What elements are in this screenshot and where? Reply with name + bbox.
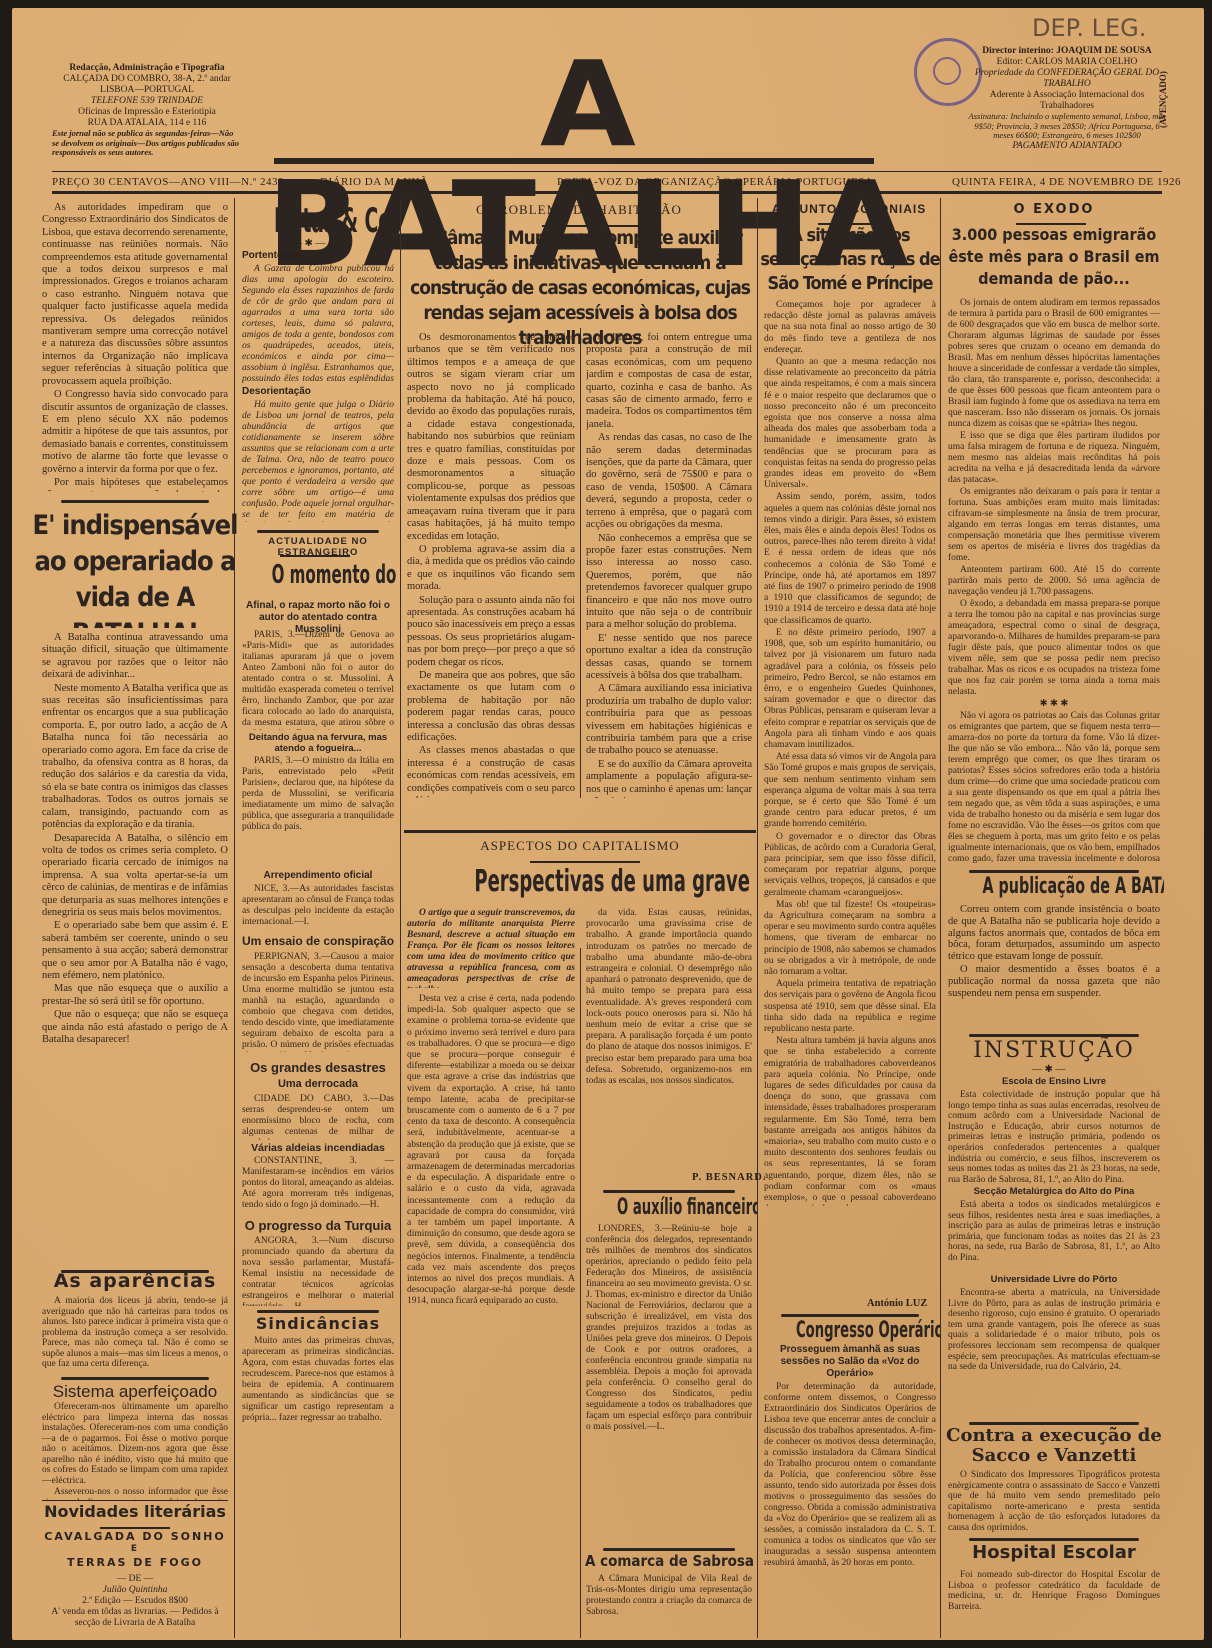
subhead-derrocada: Uma derrocada [240, 1078, 396, 1090]
nice-dispatch: NICE, 3.—As autoridades fascistas aprese… [242, 884, 394, 930]
editorial-address-label: Redacção, Administração e Tipografia [52, 63, 242, 74]
paragraph: A maioria dos liceus já abriu, tendo-se … [42, 1296, 228, 1370]
headline-indispensavel: E' indispensável ao operariado a vida de… [32, 508, 238, 628]
paragraph: CONSTANTINE, 3. — Manifestaram-se incênd… [242, 1156, 394, 1211]
ownership-line: Propriedade da CONFEDERAÇÃO GERAL DO TRA… [967, 68, 1167, 90]
by-label: — DE — [40, 1574, 230, 1585]
paragraph: Não conhecemos a emprêsa que se propõe f… [586, 533, 752, 632]
divider [42, 1500, 228, 1501]
publicacao-headline: A publicação de A BATALHA [983, 872, 1126, 902]
paragraph: Há muito gente que julga o Diário de Lis… [242, 400, 394, 522]
paragraph: As classes menos abastadas o que interes… [407, 745, 575, 798]
congresso-deck: Prosseguem àmanhã as suas sessões no Sal… [760, 1344, 940, 1380]
paragraph: Asseverou-nos o nosso informador que êss… [42, 1487, 228, 1500]
paragraph: O êxodo, a debandada em massa prepara-se… [948, 599, 1160, 698]
paragraph: Por determinação da autoridade, conforme… [764, 1382, 936, 1569]
ornament-divider [42, 496, 228, 507]
daily-subtitle: DIÁRIO DA MANHÃ [320, 176, 428, 188]
masthead-right-info: Director interino: JOAQUIM DE SOUSA Edit… [967, 46, 1167, 152]
price-issue-line: PREÇO 30 CENTAVOS—ANO VIII—N.º 2432 [52, 176, 284, 188]
book-title: CAVALGADA DO SONHO [40, 1530, 230, 1543]
newspaper-page: Redacção, Administração e Tipografia CAL… [12, 8, 1204, 1640]
aparencias-headline: As aparências [40, 1270, 230, 1292]
paragraph: Até essa data só vimos vir de Angola par… [764, 752, 936, 830]
title-underline [274, 158, 874, 164]
metalurgica-body: Está aberta a todos os sindicados metalú… [948, 1200, 1160, 1272]
publication-notice: Este jornal não se publica às segundas-f… [52, 129, 242, 158]
signature-besnard: P. BESNARD. [692, 1172, 767, 1183]
capitalismo-headline-box: Perspectivas de uma grave crise económic… [404, 862, 756, 902]
portentosos-body: A Gazeta de Coimbra publicou há dias uma… [242, 264, 394, 384]
subscription-rates: Assinatura: Incluindo o suplemento seman… [967, 112, 1167, 141]
paragraph: A Gazeta de Coimbra publicou há dias uma… [242, 264, 394, 384]
workshop-label: Oficinas de Impressão e Esteriotipia [52, 107, 242, 118]
paragraph: Muito antes das primeiras chuvas, aparec… [242, 1336, 394, 1424]
paragraph: LONDRES, 3.—Reüniu-se hoje a conferência… [586, 1224, 752, 1433]
subhead-metalurgica: Secção Metalúrgica do Alto do Pina [944, 1186, 1164, 1197]
perpignan-dispatch: PERPIGNAN, 3.—Causou a maior sensação a … [242, 952, 394, 1052]
paris-dispatch-2: PARIS, 3.—O ministro da Itália em Paris,… [242, 756, 394, 866]
paragraph: Anteontem partiram 600. Até 15 do corren… [948, 565, 1160, 598]
paragraph: Os desmoronamentos de prédios urbanos qu… [407, 332, 575, 543]
subhead-portentosos: Portentosos [242, 250, 300, 261]
subhead-universidade: Universidade Livre do Pôrto [944, 1274, 1164, 1285]
paragraph: da vida. Estas causas, reünidas, provoca… [586, 908, 752, 1087]
habitacao-body-right: de Lisboa, foi ontem entregue uma propos… [586, 332, 752, 798]
congresso-headline: Congresso Operário de Lisboa [796, 1318, 904, 1344]
author: Julião Quintinha [40, 1585, 230, 1596]
sacco-headline: Contra a execução de Sacco e Vanzetti [944, 1426, 1164, 1466]
short-rule [100, 1527, 170, 1529]
lead-editorial: As autoridades impediram que o Congresso… [42, 202, 228, 492]
article-indispensavel-body: A Batalha continua atravessando uma situ… [42, 632, 228, 1144]
price: 2.ª Edição — Escudos 8$00 [40, 1596, 230, 1607]
paragraph: PARIS, 3.—Dizem de Genova ao «Paris-Midi… [242, 630, 394, 730]
paragraph: Correu ontem com grande insistência o bo… [948, 904, 1160, 963]
masthead-rule-bottom [52, 191, 1162, 194]
masthead-rule-top [52, 171, 1162, 172]
paragraph: Ofereceram-nos ùltimamente um aparelho e… [42, 1402, 228, 1486]
sindicancias-body: Muito antes das primeiras chuvas, aparec… [242, 1336, 394, 1636]
paragraph: E' nesse sentido que nos parece oportuno… [586, 633, 752, 683]
star-ornament: — ✱ — [292, 238, 325, 249]
hospital-body: Foi nomeado sub-director do Hospital Esc… [948, 1570, 1160, 1616]
paragraph: As autoridades impediram que o Congresso… [42, 202, 228, 388]
subhead-aldeias: Várias aldeias incendiadas [240, 1142, 396, 1154]
column-divider [580, 328, 581, 798]
instrucao-headline: INSTRUÇÃO [944, 1038, 1164, 1063]
publicacao-body: Correu ontem com grande insistência o bo… [948, 904, 1160, 1028]
habitacao-body-left: Os desmoronamentos de prédios urbanos qu… [407, 332, 575, 798]
subhead-turquia: O progresso da Turquia [240, 1218, 396, 1233]
sale-notice: A' venda em tôdas as livrarias. — Pedido… [40, 1607, 230, 1629]
capitalismo-intro: O artigo que a seguir transcrevemos, da … [407, 908, 575, 988]
paragraph: Encontra-se aberta a matrícula, na Unive… [948, 1288, 1160, 1373]
paragraph: O Congresso havia sido convocado para di… [42, 389, 228, 476]
telephone-line: TELEFONE 539 TRINDADE [52, 96, 242, 107]
headline-text: E' indispensável ao operariado a vida de… [32, 508, 238, 628]
capitalismo-body-right: da vida. Estas causas, reünidas, provoca… [586, 908, 752, 1176]
paragraph: ANGORA, 3.—Num discurso pronunciado quan… [242, 1236, 394, 1306]
sacco-body: O Sindicato dos Impressores Tipográficos… [948, 1470, 1160, 1536]
paragraph: A Câmara Municipal de Vila Real de Trás-… [586, 1574, 752, 1614]
paragraph: O maior desmentido a êsses boatos é a pu… [948, 964, 1160, 999]
column-divider [940, 198, 941, 1638]
publicacao-headline-box: A publicação de A BATALHA [944, 872, 1164, 902]
exodo-body: Os jornais de ontem aludiram em termos r… [948, 298, 1160, 864]
paris-dispatch-1: PARIS, 3.—Dizem de Genova ao «Paris-Midi… [242, 630, 394, 730]
paragraph: O governador e o director das Obras Públ… [764, 832, 936, 899]
book-title: TERRAS DE FOGO [40, 1556, 230, 1569]
short-rule [280, 555, 350, 557]
book-details: — DE — Julião Quintinha 2.ª Edição — Esc… [40, 1574, 230, 1629]
paragraph: Está aberta a todos os sindicados metalú… [948, 1200, 1160, 1264]
editor-line: Editor: CARLOS MARIA COELHO [967, 57, 1167, 68]
paragraph: A Câmara auxiliando essa iniciativa prod… [586, 683, 752, 757]
paragraph: Mas oh! que tal fizeste! Os «toupeiras» … [764, 900, 936, 978]
motto: PORTA-VOZ DA ORGANIZAÇÃO OPERÁRIA PORTUG… [557, 176, 873, 188]
conjunction: E [40, 1543, 230, 1556]
paragraph: Desaparecida A Batalha, o silêncio em vo… [42, 833, 228, 920]
paragraph: Foi nomeado sub-director do Hospital Esc… [948, 1570, 1160, 1612]
subhead-agua: Deitando água na fervura, mas atendo a f… [240, 732, 396, 754]
paragraph: De maneira que aos pobres, que são exact… [407, 670, 575, 744]
constantine-dispatch: CONSTANTINE, 3. — Manifestaram-se incênd… [242, 1156, 394, 1216]
paragraph: Os jornais de ontem aludiram em termos r… [948, 298, 1160, 430]
mineiros-headline-box: O auxílio financeiro aos mineiros [582, 1194, 757, 1222]
book-listing: CAVALGADA DO SONHO E TERRAS DE FOGO [40, 1530, 230, 1569]
sistema-body: Ofereceram-nos ùltimamente um aparelho e… [42, 1402, 228, 1500]
cabo-dispatch: CIDADE DO CABO, 3.—Das serras desprendeu… [242, 1094, 394, 1140]
address-line: CALÇADA DO COMBRO, 38-A, 2.º andar [52, 74, 242, 85]
aparencias-body: A maioria dos liceus já abriu, tendo-se … [42, 1296, 228, 1376]
desorientacao-body: Há muito gente que julga o Diário de Lis… [242, 400, 394, 522]
paragraph: Quanto ao que a mesma redacção nos disse… [764, 357, 936, 491]
paragraph: Não vi agora os patriotas ao Cais das Co… [948, 711, 1160, 864]
fascismo-headline-box: O momento do fascismo [238, 558, 398, 592]
city-line: LISBOA—PORTUGAL [52, 85, 242, 96]
paragraph: Neste momento A Batalha verifica que as … [42, 683, 228, 832]
paragraph: O artigo que a seguir transcrevemos, da … [407, 908, 575, 988]
mineiros-headline: O auxílio financeiro aos mineiros [617, 1194, 722, 1222]
subhead-arrependimento: Arrependimento oficial [240, 870, 396, 881]
coloniais-body: Começamos hoje por agradecer à redacção … [764, 300, 936, 1206]
fascismo-headline: O momento do fascismo [272, 558, 365, 592]
section-capitalismo: ASPECTOS DO CAPITALISMO [404, 838, 756, 854]
subhead-desorientacao: Desorientação [242, 386, 311, 397]
angora-dispatch: ANGORA, 3.—Num discurso pronunciado quan… [242, 1236, 394, 1306]
paragraph: As rendas das casas, no caso de lhe não … [586, 432, 752, 531]
paragraph: O problema agrava-se assim dia a dia, à … [407, 544, 575, 594]
paragraph: Os emigrantes não deixaram o país para i… [948, 487, 1160, 564]
subhead-ensino-livre: Escola de Ensino Livre [944, 1076, 1164, 1087]
sistema-headline: Sistema aperfeiçoado [40, 1382, 230, 1402]
mineiros-body: LONDRES, 3.—Reüniu-se hoje a conferência… [586, 1224, 752, 1516]
paragraph: O Sindicato dos Impressores Tipográficos… [948, 1470, 1160, 1534]
avencado-label: (AVENÇADO) [1158, 71, 1168, 128]
exodo-headline: 3.000 pessoas emigrarão êste mês para o … [944, 224, 1164, 290]
newspaper-title: A BATALHA [258, 44, 920, 164]
star-ornament: — ✱ — [1032, 1064, 1065, 1075]
column-divider [400, 198, 401, 1638]
coloniais-headline: A situação dos serviçais nas roças de Sã… [760, 224, 940, 296]
congresso-headline-box: Congresso Operário de Lisboa [760, 1318, 940, 1344]
universidade-body: Encontra-se aberta a matrícula, na Unive… [948, 1288, 1160, 1408]
hospital-headline: Hospital Escolar [944, 1542, 1164, 1563]
paragraph: PERPIGNAN, 3.—Causou a maior sensação a … [242, 952, 394, 1052]
director-line: Director interino: JOAQUIM DE SOUSA [967, 46, 1167, 57]
subhead-conspiracao: Um ensaio de conspiração [240, 934, 396, 948]
paragraph: Que não o esqueça; que não se esqueça qu… [42, 1009, 228, 1046]
section-rule [404, 830, 756, 833]
ensino-livre-body: Esta colectividade de instrução popular … [948, 1090, 1160, 1184]
section-habitacao: O PROBLEMA DA HABITAÇÃO [404, 202, 754, 218]
capitalismo-headline: Perspectivas de uma grave crise económic… [474, 862, 685, 902]
paragraph: Por mais hipóteses que estabeleçamos não… [42, 477, 228, 492]
paragraph: Aquela primeira tentativa de repatriação… [764, 979, 936, 1035]
asterism-ornament: ✱ ✱ ✱ [948, 699, 1160, 710]
paragraph: Esta colectividade de instrução popular … [948, 1090, 1160, 1184]
paragraph: de Lisboa, foi ontem entregue uma propos… [586, 332, 752, 431]
paragraph: CIDADE DO CABO, 3.—Das serras desprendeu… [242, 1094, 394, 1140]
sabrosa-body: A Câmara Municipal de Vila Real de Trás-… [586, 1574, 752, 1614]
paragraph: Solução para o assunto ainda não foi apr… [407, 595, 575, 669]
paragraph: NICE, 3.—As autoridades fascistas aprese… [242, 884, 394, 928]
sindicancias-headline: Sindicâncias [240, 1314, 396, 1333]
section-exodo: O EXODO [944, 202, 1164, 217]
subhead-desastres: Os grandes desastres [240, 1060, 396, 1075]
sabrosa-headline: A comarca de Sabrosa [582, 1552, 757, 1570]
signature-luz: António LUZ [867, 1298, 927, 1309]
payment-notice: PAGAMENTO ADIANTADO [967, 141, 1167, 152]
affiliation-line: Aderente à Associação Internacional dos … [967, 90, 1167, 112]
column-divider [757, 198, 758, 1638]
novidades-headline: Novidades literárias [40, 1502, 230, 1521]
paragraph: Nesta altura também já havia alguns anos… [764, 1036, 936, 1206]
paragraph: Começamos hoje por agradecer à redacção … [764, 300, 936, 356]
paragraph: E se do auxílio da Câmara aproveita ampl… [586, 759, 752, 798]
section-coloniais: ASSUNTOS COLONIAIS [760, 202, 938, 216]
congresso-body: Por determinação da autoridade, conforme… [764, 1382, 936, 1636]
column-divider [234, 198, 235, 1638]
column-divider [580, 948, 581, 1638]
paragraph: A Batalha continua atravessando uma situ… [42, 632, 228, 682]
notas-header: Notas & Comentários [238, 200, 398, 242]
paragraph: E isso que se diga que êles partiram ilu… [948, 431, 1160, 486]
paragraph: PARIS, 3.—O ministro da Itália em Paris,… [242, 756, 394, 833]
legal-deposit-stamp: DEP. LEG. [1032, 14, 1146, 42]
paragraph: Mas que não esqueça que o auxílio a pres… [42, 983, 228, 1008]
paragraph: E o operariado sabe bem que assim é. E s… [42, 920, 228, 982]
paragraph: Desta vez a crise é certa, nada podendo … [407, 994, 575, 1308]
capitalismo-body-left: Desta vez a crise é certa, nada podendo … [407, 994, 575, 1634]
paragraph: E no dêste primeiro período, 1907 a 1908… [764, 628, 936, 751]
masthead-left-info: Redacção, Administração e Tipografia CAL… [52, 63, 242, 158]
issue-date: QUINTA FEIRA, 4 DE NOVEMBRO DE 1926 [952, 176, 1181, 188]
paragraph: Assim sendo, porém, assim, todos aqueles… [764, 492, 936, 626]
notas-title: Notas & Comentários [274, 200, 362, 242]
